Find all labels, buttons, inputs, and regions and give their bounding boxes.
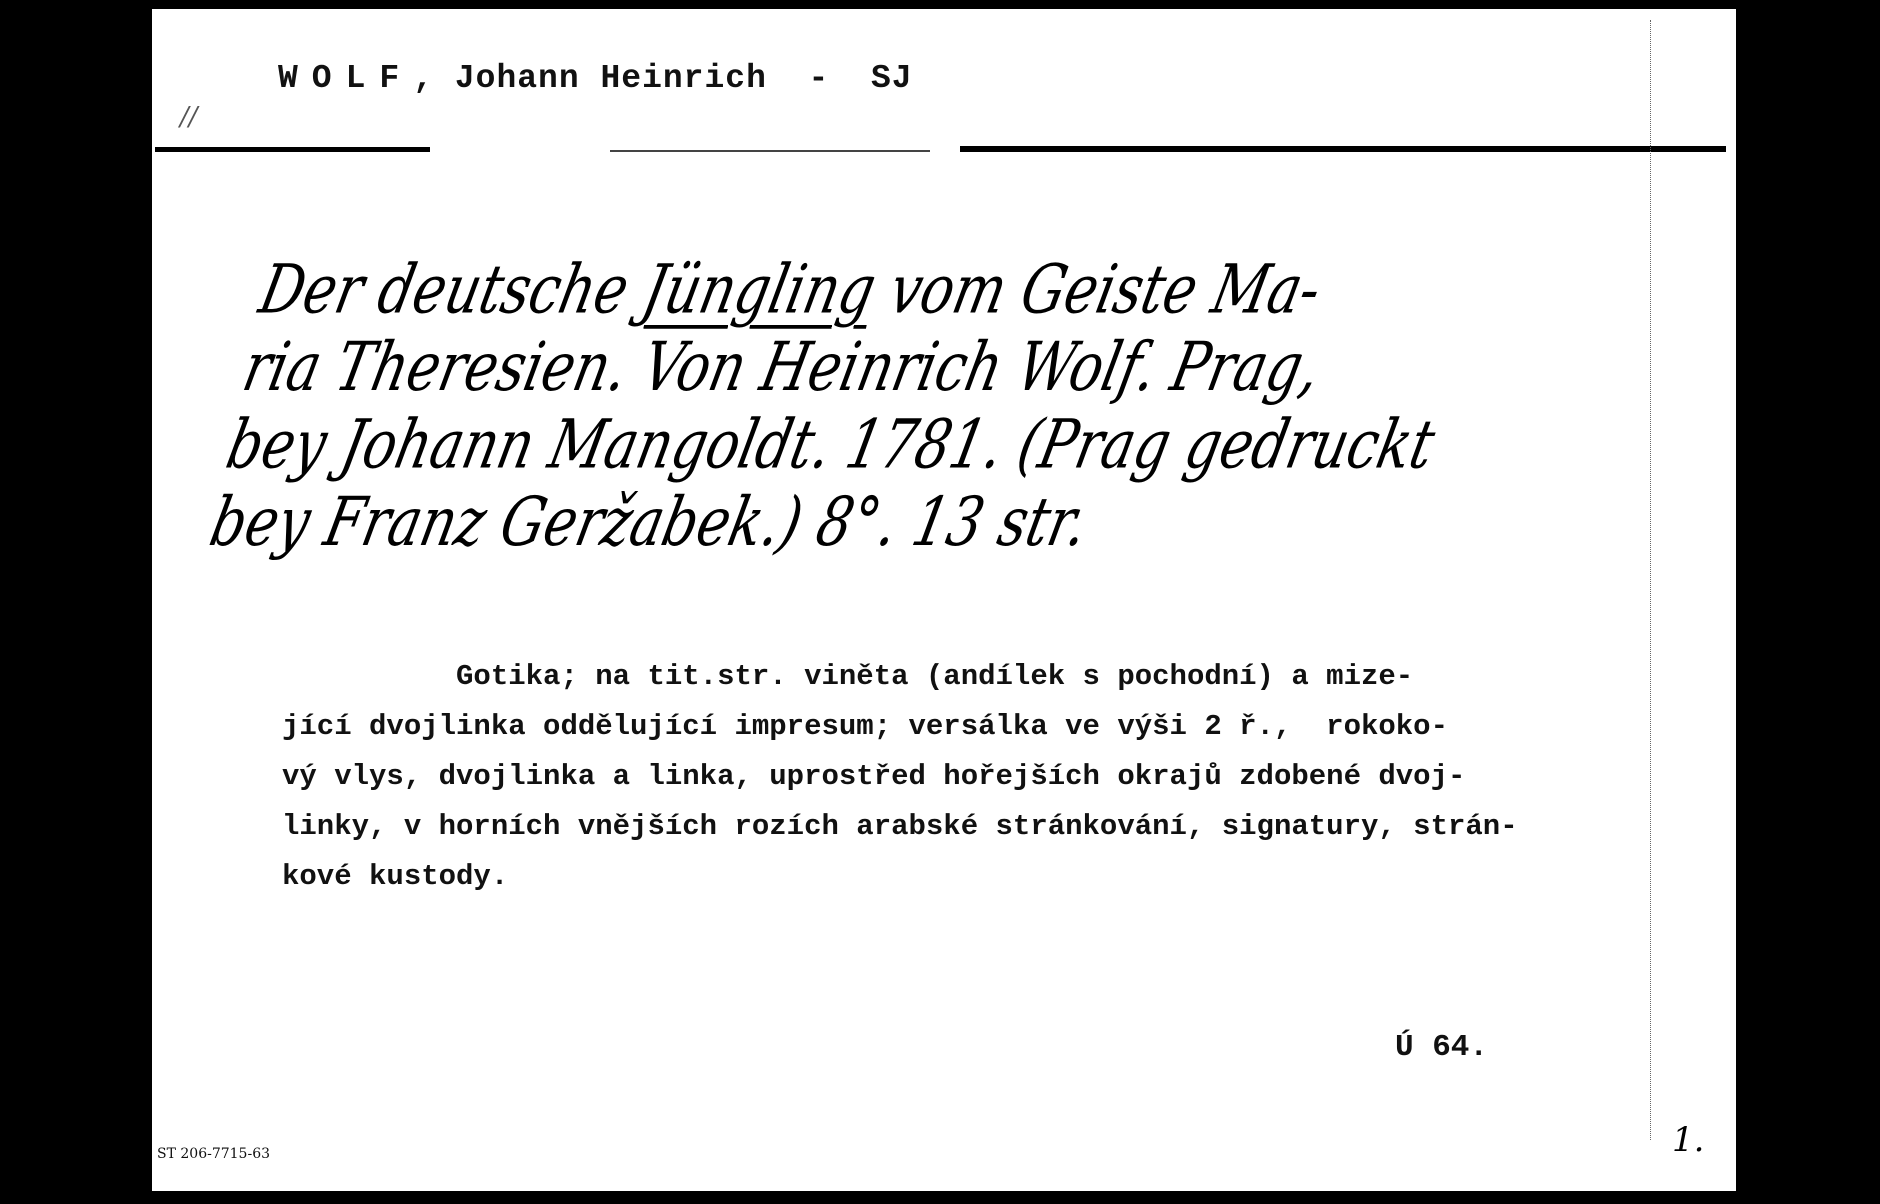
handwritten-line: bey Johann Mangoldt. 1781. (Prag gedruck…: [223, 395, 1639, 473]
print-code: ST 206-7715-63: [157, 1146, 270, 1162]
shelf-signum: Ú 64.: [1395, 1030, 1488, 1065]
author-given-names: Johann Heinrich: [455, 60, 767, 97]
header-rule-left: [155, 147, 430, 152]
scan-artifact-line: [1650, 20, 1651, 1140]
description-paragraph: Gotika; na tit.str. viněta (andílek s po…: [282, 652, 1702, 902]
margin-mark: //: [180, 102, 198, 132]
card-header: WOLF, Johann Heinrich - SJ: [278, 60, 913, 97]
description-line: kové kustody.: [282, 852, 1702, 902]
description-line: linky, v horních vnějších rozích arabské…: [282, 802, 1702, 852]
header-rule-middle: [610, 150, 930, 152]
handwritten-title: Der deutsche Jüngling vom Geiste Ma- ria…: [206, 240, 1672, 550]
handwritten-line: bey Franz Geržabek.) 8°. 13 str.: [206, 473, 1622, 551]
catalog-card: [152, 9, 1736, 1191]
handwritten-line: Der deutsche Jüngling vom Geiste Ma-: [256, 240, 1672, 318]
header-dash: -: [809, 60, 830, 97]
handwritten-line: ria Theresien. Von Heinrich Wolf. Prag,: [239, 318, 1655, 396]
author-surname: WOLF: [278, 60, 413, 97]
author-order: SJ: [871, 60, 913, 97]
description-line: jící dvojlinka oddělující impresum; vers…: [282, 702, 1702, 752]
header-rule-right: [960, 146, 1726, 152]
card-number-mark: 1.: [1672, 1120, 1704, 1160]
header-separator: ,: [413, 60, 434, 97]
description-line: Gotika; na tit.str. viněta (andílek s po…: [282, 652, 1702, 702]
description-line: vý vlys, dvojlinka a linka, uprostřed ho…: [282, 752, 1702, 802]
